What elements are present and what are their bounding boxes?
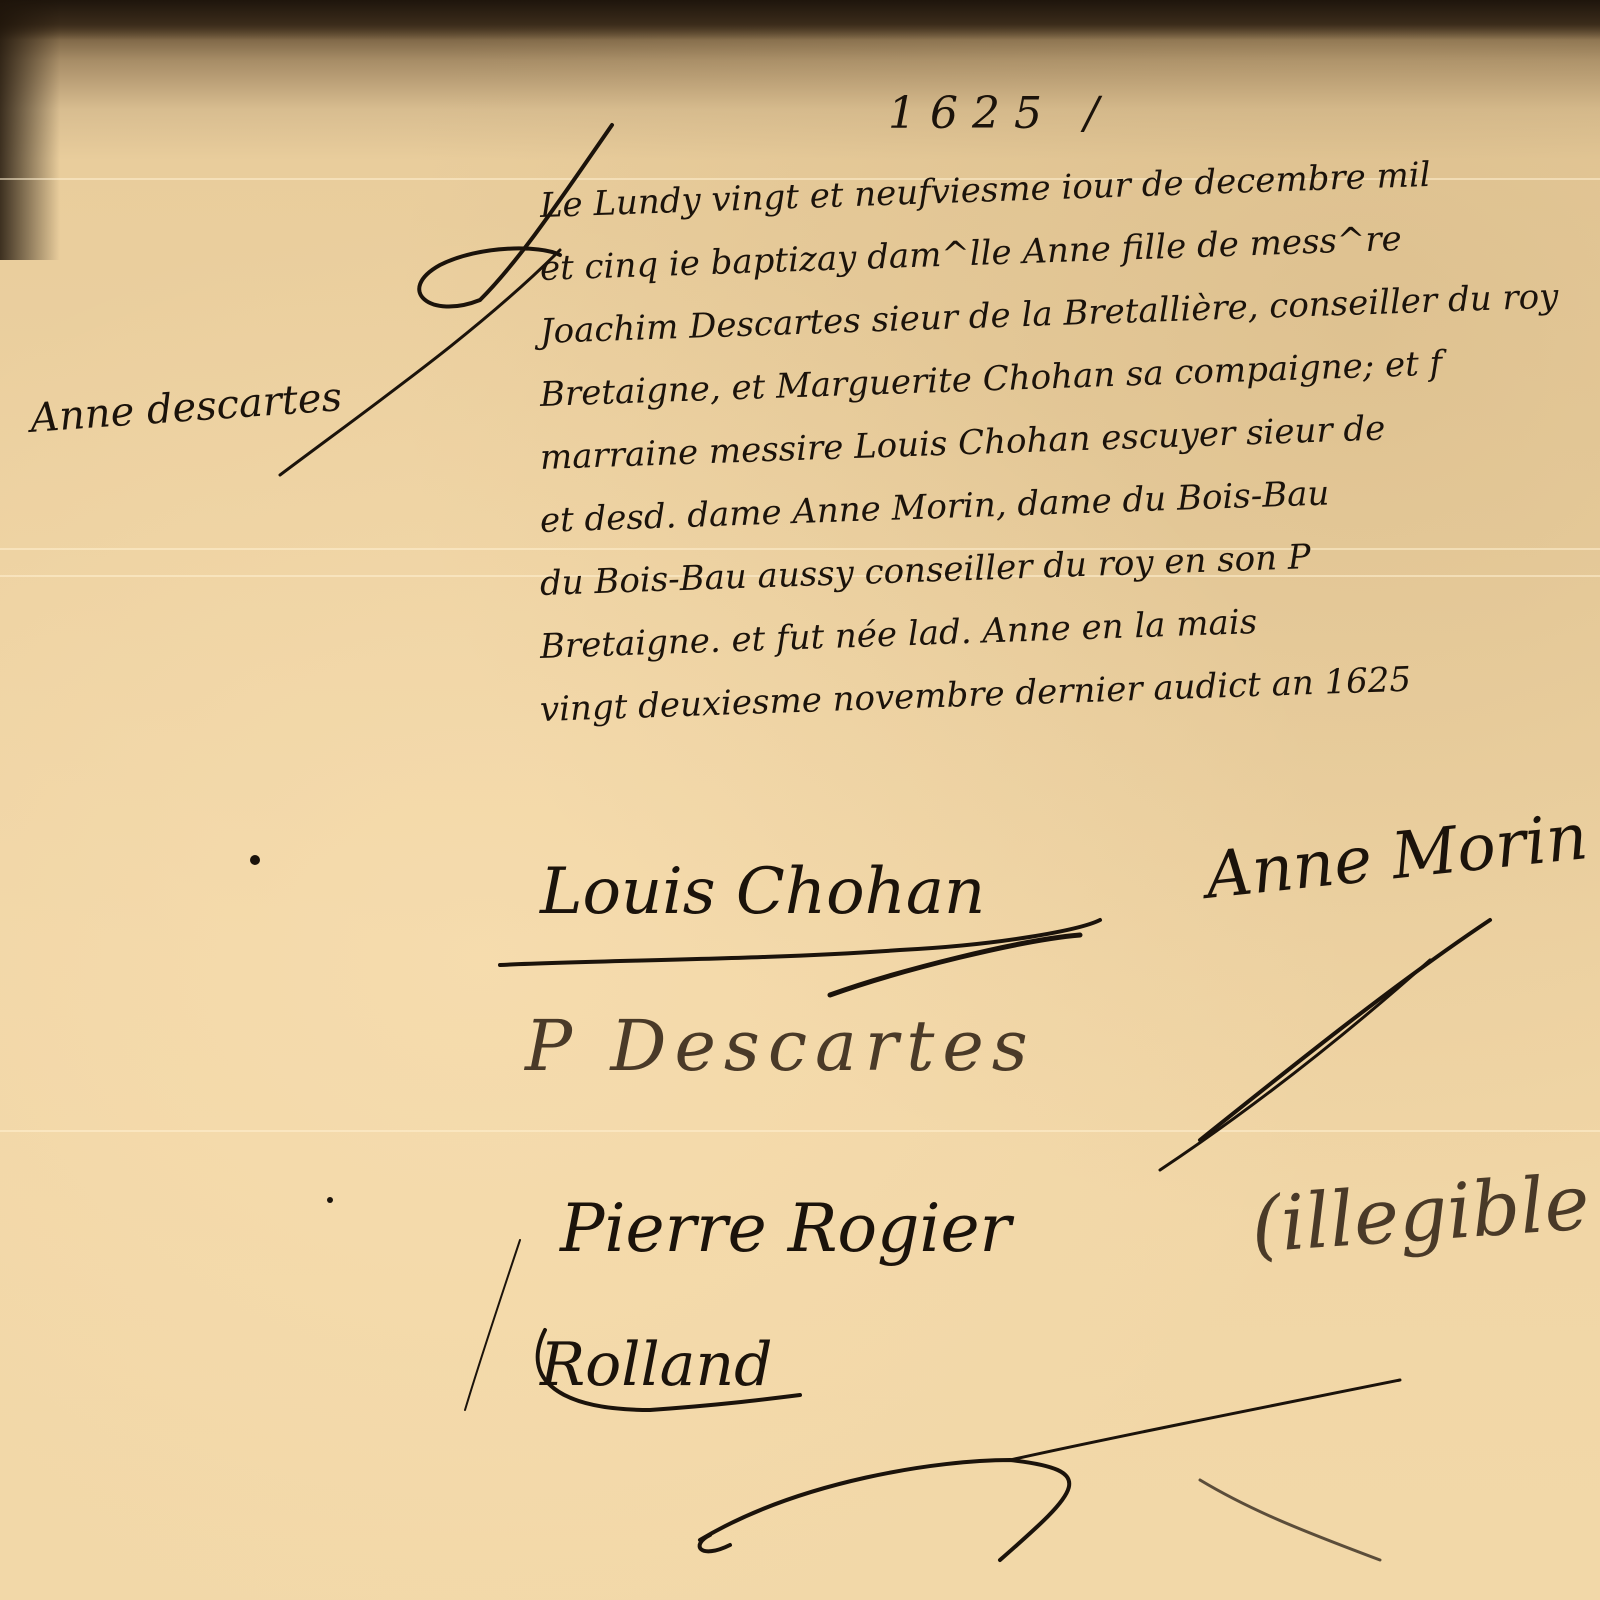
ink-blot <box>250 855 260 865</box>
ink-blot <box>327 1197 333 1203</box>
manuscript-page: 1625 / Anne descartes Le Lundy vingt et … <box>0 0 1600 1600</box>
initial-flourish <box>419 125 612 307</box>
pen-flourishes <box>0 0 1600 1600</box>
